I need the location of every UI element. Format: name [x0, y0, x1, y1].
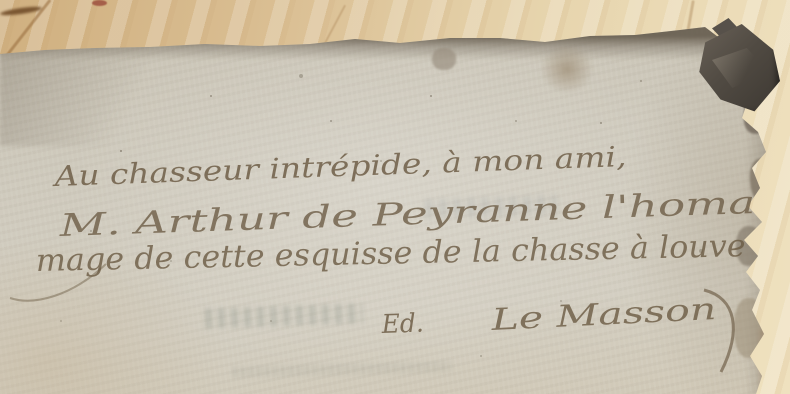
dedication-line-1: Au chasseur intrépide, à mon ami, [51, 140, 627, 193]
handwritten-dedication: Au chasseur intrépide, à mon ami, M. Art… [0, 0, 790, 394]
signature-name: Le Masson [489, 292, 717, 338]
signature-initials: Ed. [380, 309, 424, 340]
photo-old-book-dedication-page: Au chasseur intrépide, à mon ami, M. Art… [0, 0, 790, 394]
